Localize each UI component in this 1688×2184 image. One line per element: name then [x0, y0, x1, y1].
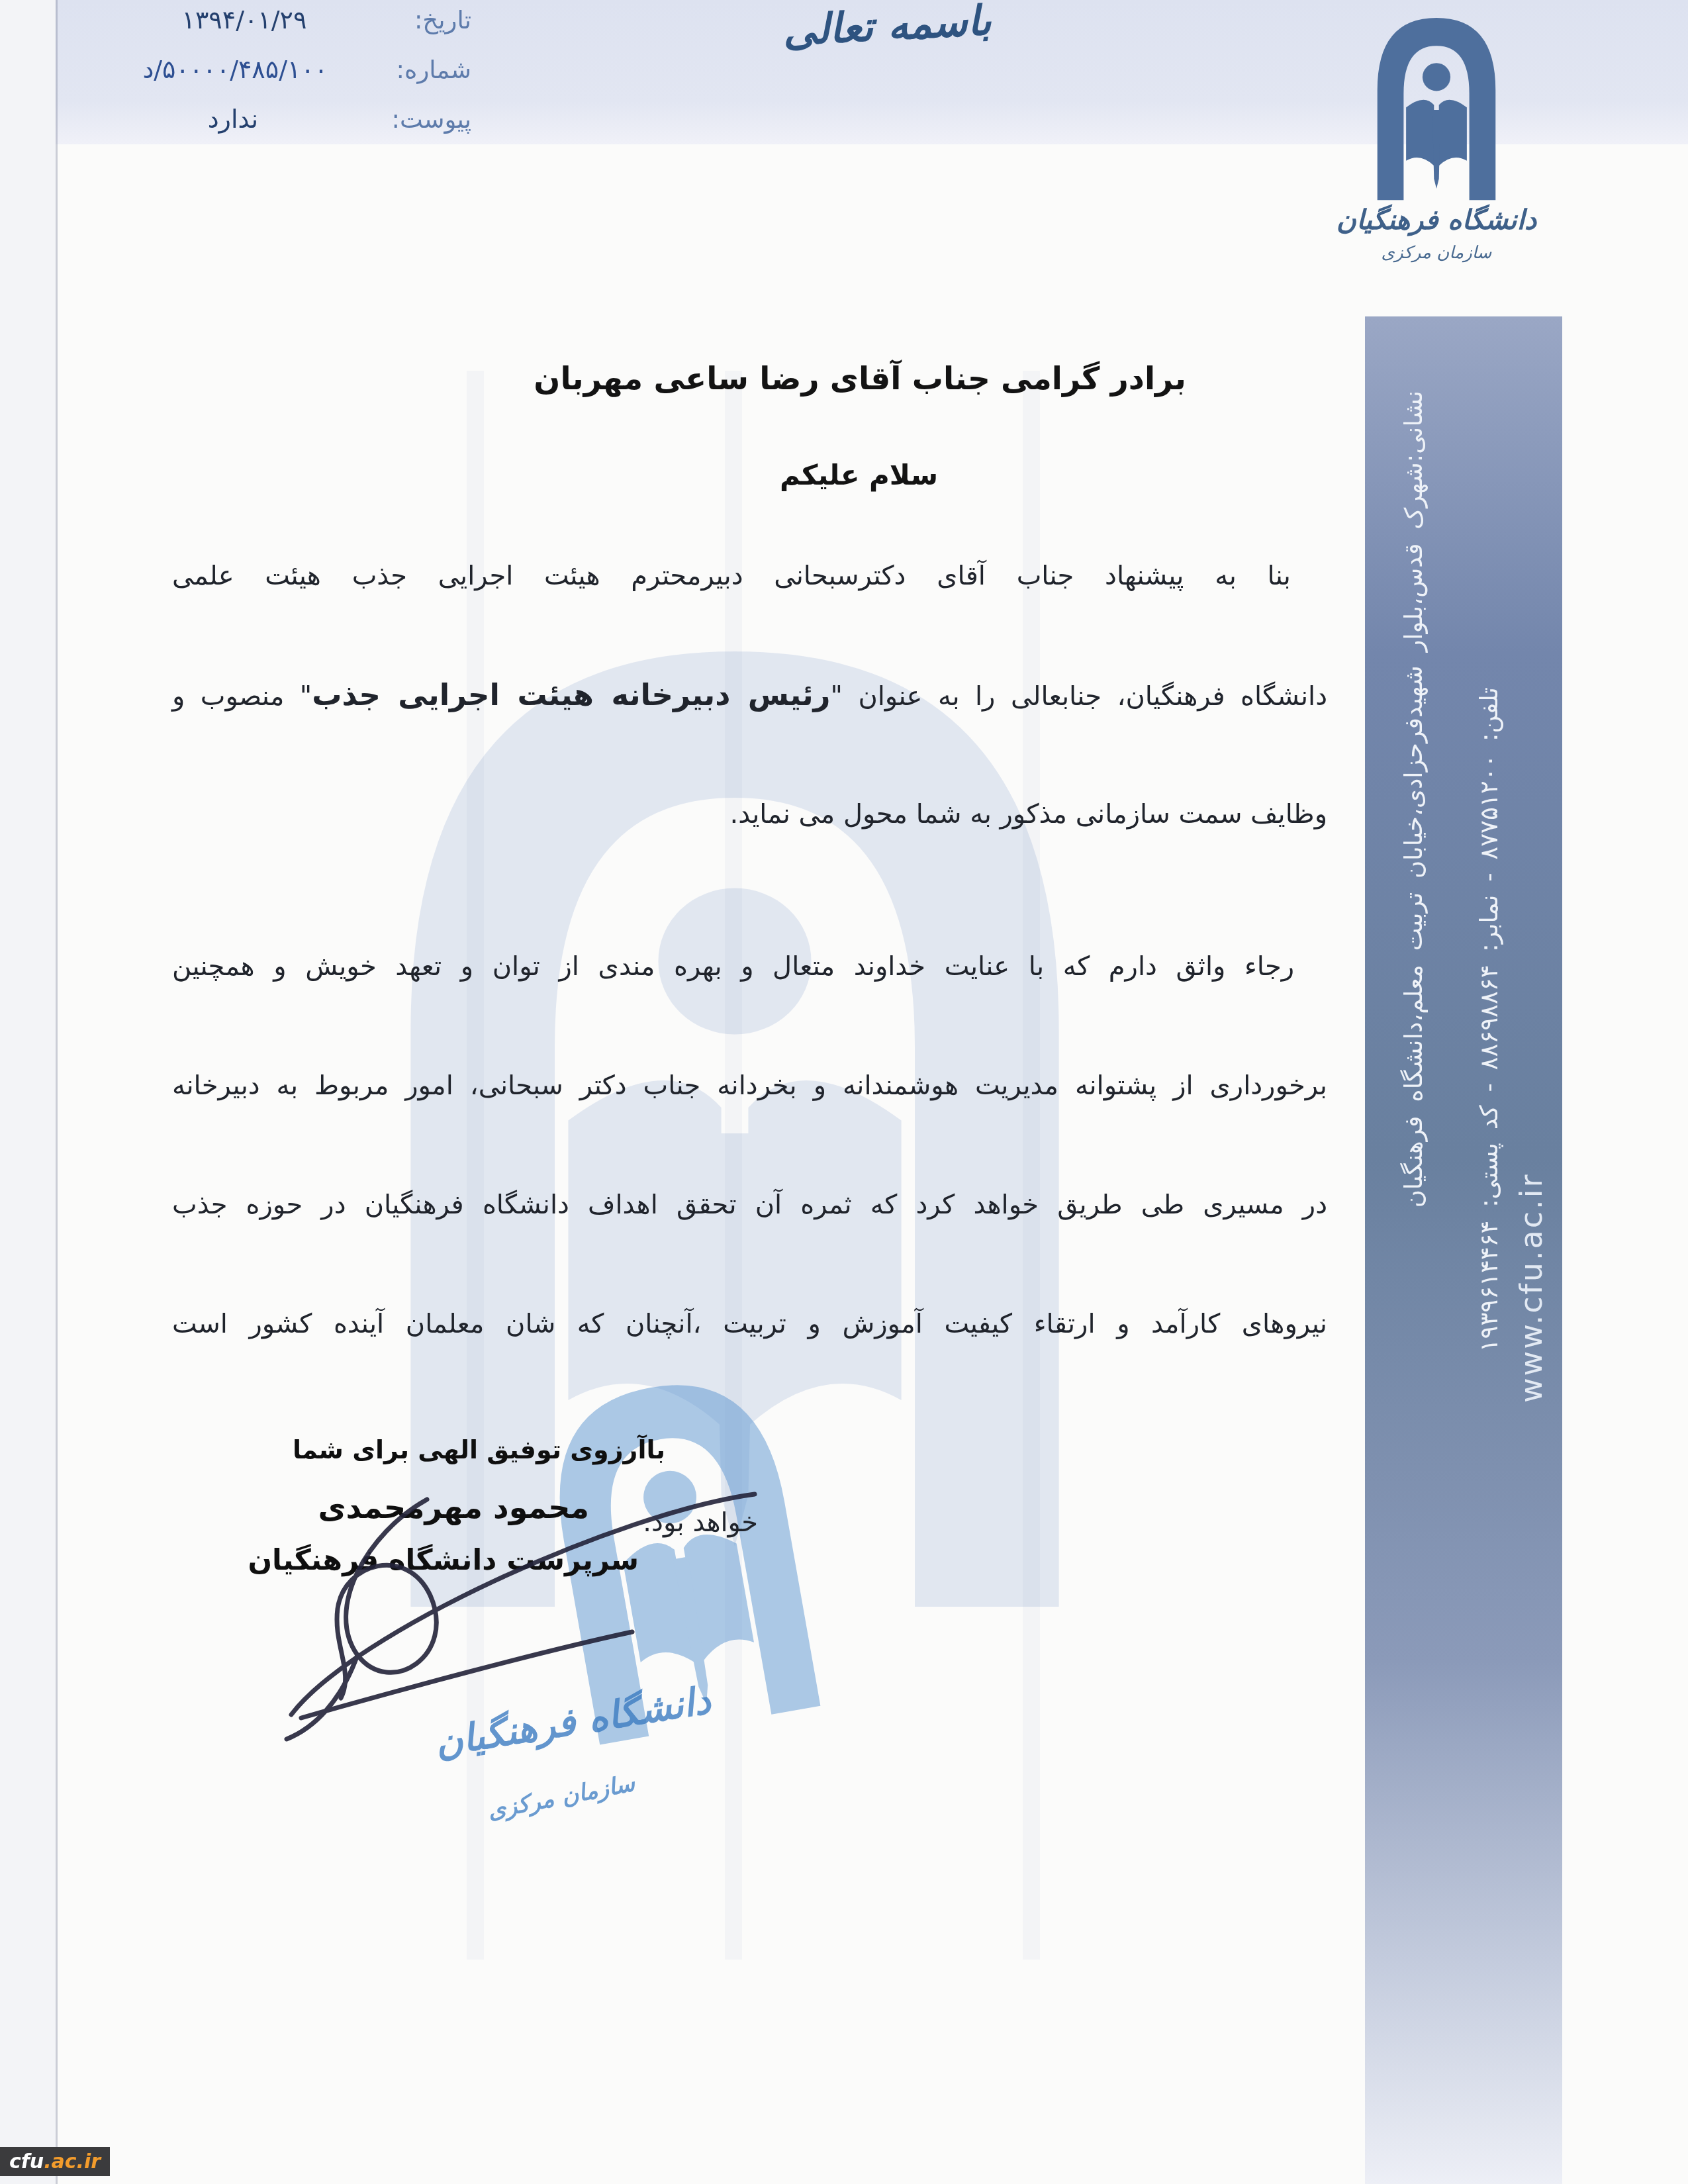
body-line: رجاء واثق دارم که با عنایت خداوند متعال …: [172, 945, 1327, 988]
university-logo-icon: [1354, 4, 1519, 203]
meta-row-number: شماره: ۵۰۰۰۰/۴۸۵/۱۰۰/د: [74, 55, 471, 105]
body-line-segment: " منصوب و: [172, 681, 312, 712]
attachment-value: ندارد: [74, 105, 392, 134]
attachment-label: پیوست:: [392, 105, 471, 134]
meta-row-date: تاریخ: ۱۳۹۴/۰۱/۲۹: [74, 5, 471, 55]
body-line: در مسیری طی طریق خواهد کرد که ثمره آن تح…: [172, 1184, 1327, 1226]
contact-sidebar-rotated: نشانی:شهرک قدس،بلوار شهیدفرحزادی،خیابان …: [1365, 316, 1562, 2184]
number-label: شماره:: [397, 56, 471, 84]
stamp-org-name: سازمان مرکزی: [485, 1770, 637, 1825]
phone-fax-postal-line: تلفن: ۸۷۷۵۱۲۰۰ - نمابر: ۸۸۶۹۸۸۶۴ - کد پس…: [1475, 687, 1503, 1352]
date-label: تاریخ:: [414, 6, 471, 34]
scan-margin: [0, 0, 56, 2184]
cfu-badge-part1: cfu: [9, 2150, 44, 2173]
body-line: دانشگاه فرهنگیان، جنابعالی را به عنوان "…: [172, 674, 1327, 716]
date-value: ۱۳۹۴/۰۱/۲۹: [74, 5, 414, 34]
body-line-segment: دانشگاه فرهنگیان، جنابعالی را به عنوان ": [831, 681, 1327, 712]
body-line: نیروهای کارآمد و ارتقاء کیفیت آموزش و تر…: [172, 1303, 1327, 1345]
university-name: دانشگاه فرهنگیان: [1336, 205, 1537, 235]
body-line: وظایف سمت سازمانی مذکور به شما محول می ن…: [172, 793, 1327, 835]
scanned-letter-page: { "colors": { "header_bg": "#dde2f0", "l…: [0, 0, 1688, 2184]
cfu-badge-part2: .ac.ir: [44, 2150, 101, 2173]
address-line: نشانی:شهرک قدس،بلوار شهیدفرحزادی،خیابان …: [1399, 391, 1428, 1208]
university-logo-block: دانشگاه فرهنگیان سازمان مرکزی: [1336, 4, 1537, 263]
scan-streak: [1023, 371, 1040, 1960]
scan-edge-line: [56, 0, 58, 2184]
number-value: ۵۰۰۰۰/۴۸۵/۱۰۰/د: [74, 55, 397, 84]
meta-row-attachment: پیوست: ندارد: [74, 105, 471, 154]
body-line: بنا به پیشنهاد جناب آقای دکترسبحانی دبیر…: [172, 555, 1327, 597]
salutation: سلام علیکم: [780, 459, 938, 491]
handwritten-signature: [261, 1433, 765, 1744]
body-line: برخورداری از پشتوانه مدیریت هوشمندانه و …: [172, 1065, 1327, 1107]
recipient-line: برادر گرامی جناب آقای رضا ساعی مهربان: [534, 361, 1186, 397]
university-org: سازمان مرکزی: [1336, 243, 1537, 263]
cfu-corner-badge: cfu.ac.ir: [0, 2147, 110, 2176]
contact-sidebar-band: نشانی:شهرک قدس،بلوار شهیدفرحزادی،خیابان …: [1365, 316, 1562, 2184]
website-url: www.cfu.ac.ir: [1513, 939, 1549, 1403]
letter-meta: تاریخ: ۱۳۹۴/۰۱/۲۹ شماره: ۵۰۰۰۰/۴۸۵/۱۰۰/د…: [74, 5, 471, 154]
appointment-title: رئیس دبیرخانه هیئت اجرایی جذب: [312, 677, 830, 712]
